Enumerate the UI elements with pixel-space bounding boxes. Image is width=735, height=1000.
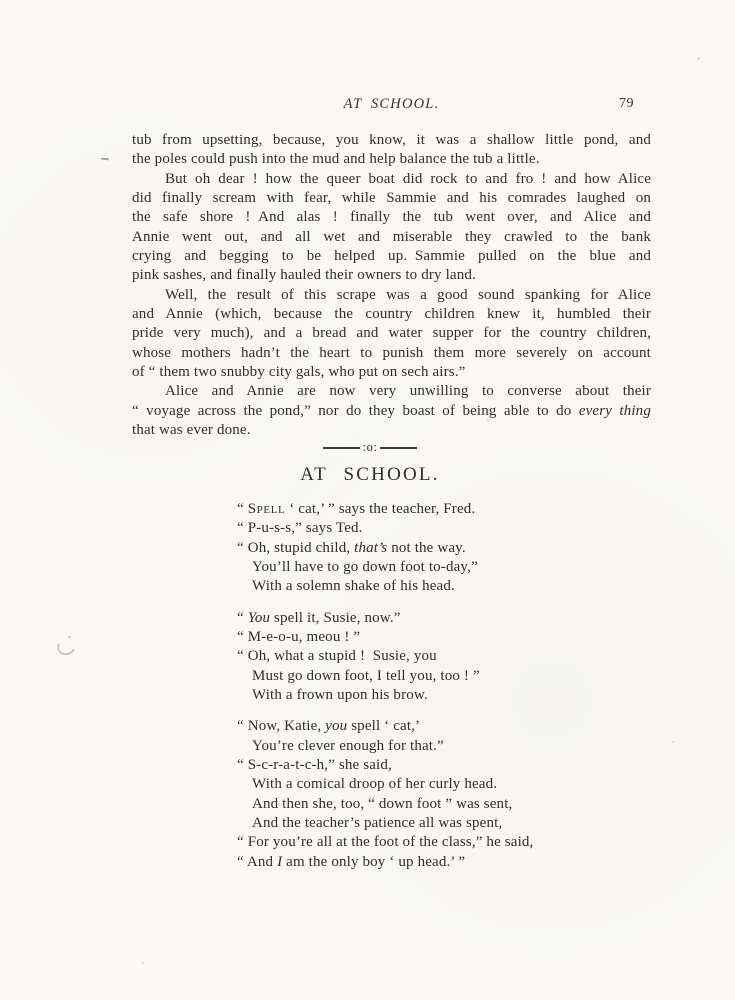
poem-line: “ Oh, stupid child, that’s not the way. [237,539,657,558]
ink-smudge-dot [68,636,71,638]
poem-line: Must go down foot, I tell you, too ! ” [237,667,657,686]
page-header: AT SCHOOL. 79 [132,96,651,116]
body-line: of “ them two snubby city gals, who put … [132,363,651,382]
text-segment: Alice and Annie are now very unwilling t… [165,383,651,399]
ink-smudge [55,635,79,657]
smallcaps-text: Spell [248,501,286,517]
text-segment: spell ‘ cat,’ [347,718,420,734]
text-segment: “ For you’re all at the foot of the clas… [237,834,533,850]
text-segment: Well, the result of this scrape was a go… [165,287,651,303]
body-line: Annie went out, and all wet and miserabl… [132,228,651,247]
text-segment: And the teacher’s patience all was spent… [252,815,502,831]
text-segment: “ [237,610,248,626]
text-segment: You’ll have to go down foot to-day,” [252,559,478,575]
italic-text: that’s [354,540,387,556]
text-segment: “ Oh, what a stupid ! Susie, you [237,648,437,664]
text-segment: that was ever done. [132,422,251,438]
poem-line: “ P-u-s-s,” says Ted. [237,519,657,538]
text-segment: tub from upsetting, because, you know, i… [132,132,651,148]
body-line: crying and begging to be helped up. Samm… [132,247,651,266]
ink-dash [101,158,109,160]
divider-ornament: :o: [363,441,378,456]
text-segment: crying and begging to be helped up. Samm… [132,248,651,264]
body-line: pride very much), and a bread and water … [132,324,651,343]
text-segment: whose mothers hadn’t the heart to punish… [132,345,651,361]
poem-line: “ For you’re all at the foot of the clas… [237,833,657,852]
italic-text: every thing [579,403,651,419]
poem-line: “ S-c-r-a-t-c-h,” she said, [237,756,657,775]
text-segment: the poles could push into the mud and he… [132,151,540,167]
poem-stanza: “ Now, Katie, you spell ‘ cat,’You’re cl… [237,717,657,872]
poem-line: “ M-e-o-u, meou ! ” [237,628,657,647]
body-text: tub from upsetting, because, you know, i… [132,131,651,440]
text-segment: “ And [237,854,277,870]
italic-text: you [325,718,347,734]
poem-line: With a frown upon his brow. [237,686,657,705]
text-segment: spell it, Susie, now.” [270,610,400,626]
text-segment: And then she, too, “ down foot ” was sen… [252,796,512,812]
body-line: whose mothers hadn’t the heart to punish… [132,344,651,363]
text-segment: “ M-e-o-u, meou ! ” [237,629,360,645]
ink-speck [672,741,674,743]
body-line: and Annie (which, because the country ch… [132,305,651,324]
poem-line: You’re clever enough for that.” [237,737,657,756]
body-line: But oh dear ! how the queer boat did roc… [132,170,651,189]
text-segment: Annie went out, and all wet and miserabl… [132,229,651,245]
body-line: Well, the result of this scrape was a go… [132,286,651,305]
body-line: Alice and Annie are now very unwilling t… [132,382,651,401]
text-segment: and Annie (which, because the country ch… [132,306,651,322]
italic-text: You [248,610,270,626]
text-segment: “ Now, Katie, [237,718,325,734]
text-segment: pink sashes, and finally hauled their ow… [132,267,476,283]
text-segment: pride very much), and a bread and water … [132,325,651,341]
poem-line: “ And I am the only boy ‘ up head.’ ” [237,853,657,872]
poem-line: “ Now, Katie, you spell ‘ cat,’ [237,717,657,736]
poem-line: You’ll have to go down foot to-day,” [237,558,657,577]
page-number: 79 [619,96,634,112]
text-segment: “ [237,501,248,517]
body-line: tub from upsetting, because, you know, i… [132,131,651,150]
book-page: AT SCHOOL. 79 tub from upsetting, becaus… [0,0,735,1000]
poem-stanza: “ You spell it, Susie, now.”“ M-e-o-u, m… [237,609,657,706]
text-segment: did finally scream with fear, while Samm… [132,190,651,206]
text-segment: But oh dear ! how the queer boat did roc… [165,171,651,187]
poem-line: “ Spell ‘ cat,’ ” says the teacher, Fred… [237,500,657,519]
body-line: pink sashes, and finally hauled their ow… [132,266,651,285]
poem-line: “ Oh, what a stupid ! Susie, you [237,647,657,666]
divider-rule-right [380,447,417,448]
poem-line: With a solemn shake of his head. [237,577,657,596]
poem: “ Spell ‘ cat,’ ” says the teacher, Fred… [237,500,657,884]
poem-line: “ You spell it, Susie, now.” [237,609,657,628]
body-line: did finally scream with fear, while Samm… [132,189,651,208]
text-segment: not the way. [387,540,465,556]
poem-line: And the teacher’s patience all was spent… [237,814,657,833]
divider-rule-left [323,447,360,448]
text-segment: am the only boy ‘ up head.’ ” [282,854,465,870]
body-line: the safe shore ! And alas ! finally the … [132,208,651,227]
body-line: the poles could push into the mud and he… [132,150,651,169]
text-segment: Must go down foot, I tell you, too ! ” [252,668,480,684]
text-segment: You’re clever enough for that.” [252,738,444,754]
text-segment: “ Oh, stupid child, [237,540,354,556]
body-line: that was ever done. [132,421,651,440]
text-segment: ‘ cat,’ ” says the teacher, Fred. [285,501,475,517]
running-head: AT SCHOOL. [132,96,651,113]
poem-line: And then she, too, “ down foot ” was sen… [237,795,657,814]
text-segment: the safe shore ! And alas ! finally the … [132,209,651,225]
body-line: “ voyage across the pond,” nor do they b… [132,402,651,421]
text-segment: With a comical droop of her curly head. [252,776,497,792]
poem-line: With a comical droop of her curly head. [237,775,657,794]
text-segment: With a frown upon his brow. [252,687,428,703]
ink-speck [487,419,489,421]
ink-speck [697,57,700,60]
text-segment: of “ them two snubby city gals, who put … [132,364,465,380]
text-segment: “ P-u-s-s,” says Ted. [237,520,363,536]
text-segment: “ voyage across the pond,” nor do they b… [132,403,579,419]
section-heading: AT SCHOOL. [132,464,608,486]
text-segment: “ S-c-r-a-t-c-h,” she said, [237,757,392,773]
ink-speck [142,962,144,964]
section-divider: :o: [132,440,608,456]
text-segment: With a solemn shake of his head. [252,578,455,594]
poem-stanza: “ Spell ‘ cat,’ ” says the teacher, Fred… [237,500,657,597]
